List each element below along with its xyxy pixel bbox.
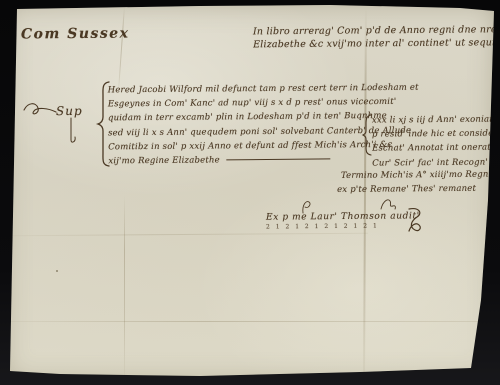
fold-crease-vertical-left [124,195,125,377]
auditor-signature: Ex p me Laur' Thomson audit' [266,211,420,222]
sum-entry-line: p resid' inde hic et considerat [372,127,500,142]
ink-speck [56,270,58,272]
margin-note-descender-icon [66,118,78,144]
register-heading-line2: Elizabethe &c xvij'mo inter al' continet… [253,36,500,52]
fold-crease-top-center [118,6,125,91]
main-entry-line: xij'mo Regine Elizabethe [108,155,220,166]
sum-entry-line: xxx li xj s iij d Ann' exoniat [372,112,500,127]
margin-note: Sup [56,104,83,118]
pen-flourish-icon [379,197,397,211]
sum-entry: xxx li xj s iij d Ann' exoniat p resid' … [372,112,500,170]
fold-crease-horizontal-mid [8,233,368,237]
county-heading: Com Sussex [21,26,130,43]
fold-crease-horizontal-lower [10,321,488,322]
register-heading: In libro arrerag' Com' p'd de Anno regni… [253,23,500,52]
entry-closing-rule [227,158,331,160]
parchment-sheet: Com Sussex In libro arrerag' Com' p'd de… [0,0,500,385]
ink-speck [478,338,481,340]
auditor-tally-marks: 2 1 2 1 2 1 2 1 2 1 2 1 [266,223,379,231]
paraph-icon [405,207,425,233]
sum-entry-line: Eschat' Annotat int onerat' [372,141,500,156]
swash-flourish-icon [22,100,58,122]
photo-background: Com Sussex In libro arrerag' Com' p'd de… [0,0,500,385]
term-note-line: ex p'te Remane' Thes' remanet [337,182,500,197]
term-note-line: Termino Mich'is A° xiiij'mo Regni p'd in… [341,168,500,183]
curly-brace-small-icon [362,114,372,156]
term-note: Termino Mich'is A° xiiij'mo Regni p'd in… [341,168,500,197]
